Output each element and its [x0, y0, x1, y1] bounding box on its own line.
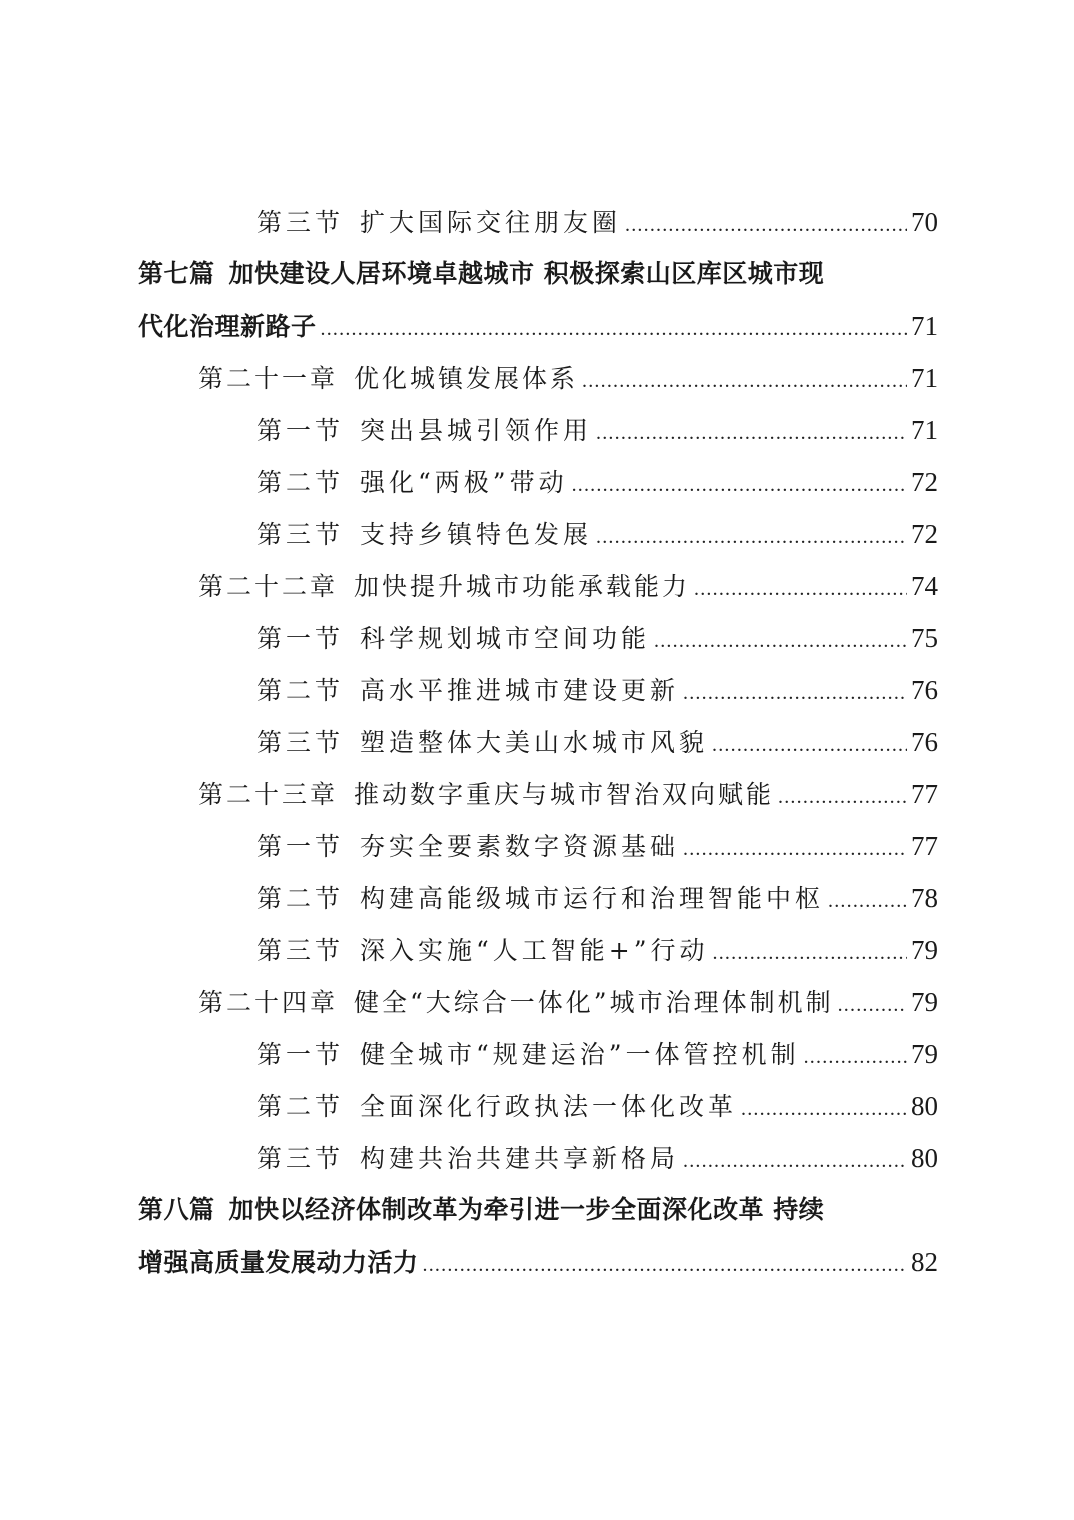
entry-title: 全面深化行政执法一体化改革 [360, 1092, 737, 1121]
entry-number: 第二十二章 [198, 572, 338, 601]
toc-entry-section[interactable]: 第二节构建高能级城市运行和治理智能中枢 78 [138, 872, 938, 924]
toc-entry-section[interactable]: 第一节夯实全要素数字资源基础 77 [138, 820, 938, 872]
entry-number: 第三节 [257, 1144, 344, 1173]
page-number: 70 [911, 196, 938, 248]
toc-entry-part[interactable]: 第八篇加快以经济体制改革为牵引进一步全面深化改革 持续 [138, 1184, 938, 1236]
toc-entry-section[interactable]: 第二节强化“两极”带动 72 [138, 456, 938, 508]
dot-leader [321, 303, 907, 355]
toc-entry-part-continuation[interactable]: 代化治理新路子 71 [138, 300, 938, 352]
page-number: 80 [911, 1080, 938, 1132]
entry-number: 第一节 [257, 624, 344, 653]
page-number: 71 [911, 404, 938, 456]
page-number: 76 [911, 664, 938, 716]
page-number: 77 [911, 768, 938, 820]
entry-title: 加快建设人居环境卓越城市 积极探索山区库区城市现 [229, 259, 825, 288]
entry-title: 塑造整体大美山水城市风貌 [360, 728, 708, 757]
page-number: 79 [911, 976, 938, 1028]
entry-number: 第三节 [257, 936, 344, 965]
toc-entry-chapter[interactable]: 第二十四章健全“大综合一体化”城市治理体制机制 79 [138, 976, 938, 1028]
entry-title: 优化城镇发展体系 [354, 364, 578, 393]
dot-leader [596, 511, 907, 563]
page-number: 71 [911, 300, 938, 352]
page-number: 80 [911, 1132, 938, 1184]
entry-title: 突出县城引领作用 [360, 416, 592, 445]
dot-leader [683, 667, 907, 719]
entry-number: 第一节 [257, 416, 344, 445]
entry-title: 深入实施“人工智能+”行动 [360, 936, 709, 965]
entry-number: 第三节 [257, 208, 344, 237]
toc-entry-chapter[interactable]: 第二十二章加快提升城市功能承载能力 74 [138, 560, 938, 612]
page-number: 82 [911, 1236, 938, 1288]
entry-title: 夯实全要素数字资源基础 [360, 832, 679, 861]
entry-number: 第一节 [257, 832, 344, 861]
entry-number: 第八篇 [138, 1195, 215, 1224]
entry-number: 第七篇 [138, 259, 215, 288]
dot-leader [712, 719, 907, 771]
entry-title: 高水平推进城市建设更新 [360, 676, 679, 705]
entry-number: 第二十一章 [198, 364, 338, 393]
entry-number: 第二节 [257, 1092, 344, 1121]
dot-leader [713, 927, 907, 979]
toc-entry-part-continuation[interactable]: 增强高质量发展动力活力 82 [138, 1236, 938, 1288]
page-number: 72 [911, 456, 938, 508]
dot-leader [625, 199, 907, 251]
dot-leader [694, 563, 907, 615]
entry-title: 科学规划城市空间功能 [360, 624, 650, 653]
toc-entry-section[interactable]: 第三节塑造整体大美山水城市风貌 76 [138, 716, 938, 768]
dot-leader [683, 1135, 907, 1187]
toc-entry-section[interactable]: 第三节深入实施“人工智能+”行动 79 [138, 924, 938, 976]
dot-leader [741, 1083, 907, 1135]
entry-title: 构建高能级城市运行和治理智能中枢 [360, 884, 824, 913]
toc-entry-section[interactable]: 第一节突出县城引领作用 71 [138, 404, 938, 456]
toc-entry-chapter[interactable]: 第二十一章优化城镇发展体系 71 [138, 352, 938, 404]
entry-number: 第二节 [257, 676, 344, 705]
entry-title: 健全“大综合一体化”城市治理体制机制 [354, 988, 834, 1017]
page-number: 79 [911, 924, 938, 976]
toc-entry-section[interactable]: 第二节高水平推进城市建设更新 76 [138, 664, 938, 716]
entry-title-continuation: 代化治理新路子 [138, 301, 317, 353]
entry-number: 第三节 [257, 728, 344, 757]
toc-entry-section[interactable]: 第一节健全城市“规建运治”一体管控机制 79 [138, 1028, 938, 1080]
entry-title: 强化“两极”带动 [360, 468, 568, 497]
page-number: 74 [911, 560, 938, 612]
entry-number: 第二节 [257, 884, 344, 913]
dot-leader [572, 459, 907, 511]
toc-entry-section[interactable]: 第三节构建共治共建共享新格局 80 [138, 1132, 938, 1184]
toc-entry-part[interactable]: 第七篇加快建设人居环境卓越城市 积极探索山区库区城市现 [138, 248, 938, 300]
entry-number: 第二十三章 [198, 780, 338, 809]
toc-entry-section[interactable]: 第三节支持乡镇特色发展 72 [138, 508, 938, 560]
toc-entry-section[interactable]: 第二节全面深化行政执法一体化改革 80 [138, 1080, 938, 1132]
page-number: 71 [911, 352, 938, 404]
page-number: 76 [911, 716, 938, 768]
entry-number: 第二十四章 [198, 988, 338, 1017]
entry-number: 第三节 [257, 520, 344, 549]
entry-number: 第一节 [257, 1040, 344, 1069]
page-number: 72 [911, 508, 938, 560]
entry-title: 健全城市“规建运治”一体管控机制 [360, 1040, 800, 1069]
dot-leader [654, 615, 907, 667]
dot-leader [804, 1031, 907, 1083]
entry-title: 加快提升城市功能承载能力 [354, 572, 690, 601]
toc-entry-chapter[interactable]: 第二十三章推动数字重庆与城市智治双向赋能 77 [138, 768, 938, 820]
dot-leader [683, 823, 907, 875]
dot-leader [582, 355, 907, 407]
entry-title-continuation: 增强高质量发展动力活力 [138, 1237, 419, 1289]
entry-title: 加快以经济体制改革为牵引进一步全面深化改革 持续 [229, 1195, 825, 1224]
dot-leader [828, 875, 907, 927]
page-number: 77 [911, 820, 938, 872]
entry-title: 支持乡镇特色发展 [360, 520, 592, 549]
dot-leader [596, 407, 907, 459]
dot-leader [778, 771, 907, 823]
entry-number: 第二节 [257, 468, 344, 497]
dot-leader [423, 1239, 907, 1291]
page-number: 78 [911, 872, 938, 924]
entry-title: 扩大国际交往朋友圈 [360, 208, 621, 237]
dot-leader [838, 979, 907, 1031]
toc-entry-section[interactable]: 第一节科学规划城市空间功能 75 [138, 612, 938, 664]
toc-entry-section[interactable]: 第三节扩大国际交往朋友圈 70 [138, 196, 938, 248]
page-number: 79 [911, 1028, 938, 1080]
entry-title: 推动数字重庆与城市智治双向赋能 [354, 780, 774, 809]
table-of-contents: 第三节扩大国际交往朋友圈 70 第七篇加快建设人居环境卓越城市 积极探索山区库区… [138, 196, 938, 1288]
page-number: 75 [911, 612, 938, 664]
entry-title: 构建共治共建共享新格局 [360, 1144, 679, 1173]
